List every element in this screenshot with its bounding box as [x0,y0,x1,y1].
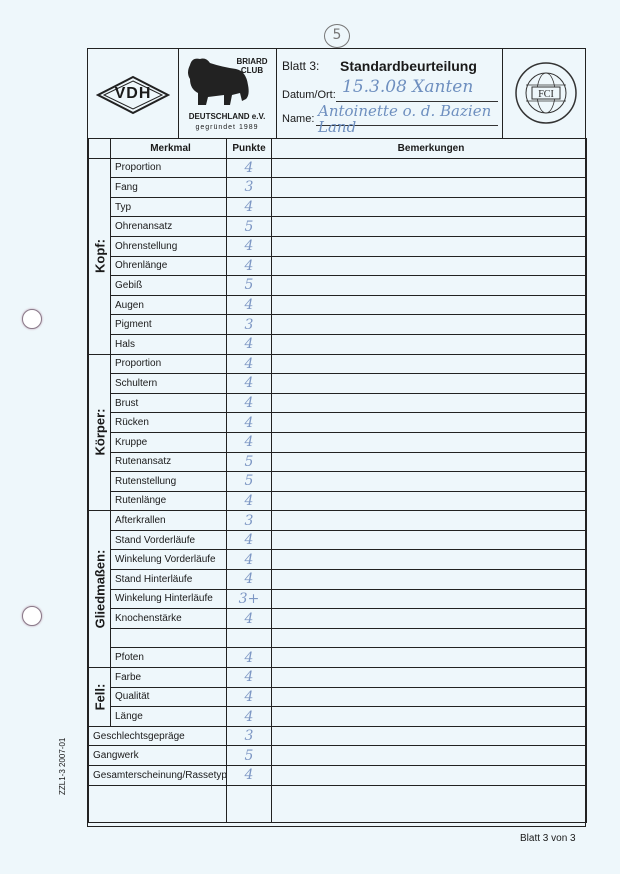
points-field[interactable]: 5 [227,217,272,237]
points-field[interactable]: 5 [227,276,272,296]
criterion-label: Proportion [111,158,227,178]
group-label: Fell: [89,668,111,727]
remarks-field[interactable] [272,609,587,629]
points-field[interactable]: 4 [227,707,272,727]
remarks-field[interactable] [272,589,587,609]
table-row: Qualität4 [89,687,587,707]
table-row: Gangwerk5 [89,746,587,766]
table-row: Brust4 [89,393,587,413]
remarks-field[interactable] [272,550,587,570]
table-row: Knochenstärke4 [89,609,587,629]
points-field[interactable]: 4 [227,648,272,668]
criterion-label: Hals [111,334,227,354]
points-field[interactable]: 4 [227,236,272,256]
table-row: Fang3 [89,178,587,198]
table-row: Augen4 [89,295,587,315]
page-footer: Blatt 3 von 3 [520,833,576,844]
name-label: Name: [282,113,314,125]
remarks-field[interactable] [272,178,587,198]
table-row: Gebiß5 [89,276,587,296]
points-field[interactable]: 4 [227,393,272,413]
table-row: Stand Hinterläufe4 [89,570,587,590]
criterion-label: Brust [111,393,227,413]
remarks-field[interactable] [272,648,587,668]
criterion-label: Fang [111,178,227,198]
points-field[interactable]: 3 [227,178,272,198]
criterion-label: Winkelung Vorderläufe [111,550,227,570]
blank-row [89,785,587,822]
criterion-label: Geschlechtsgepräge [89,726,227,746]
remarks-field[interactable] [272,334,587,354]
group-label: Kopf: [89,158,111,354]
table-row: Körper:Proportion4 [89,354,587,374]
date-field[interactable]: 15.3.08 Xanten [342,77,473,97]
table-row: Rutenansatz5 [89,452,587,472]
points-field[interactable] [227,628,272,648]
criterion-label: Ohrenlänge [111,256,227,276]
table-row: Schultern4 [89,374,587,394]
criterion-label: Ohrenstellung [111,236,227,256]
points-field[interactable]: 4 [227,530,272,550]
criterion-label: Qualität [111,687,227,707]
sheet-info: Blatt 3: Standardbeurteilung Datum/Ort: … [276,49,502,138]
table-row: Gesamterscheinung/Rassetyp4 [89,766,587,786]
points-field[interactable]: 4 [227,491,272,511]
criterion-label: Gesamterscheinung/Rassetyp [89,766,227,786]
criterion-label: Stand Hinterläufe [111,570,227,590]
criterion-label: Proportion [111,354,227,374]
column-header-merkmal: Merkmal [111,139,227,159]
date-label: Datum/Ort: [282,89,336,101]
remarks-field[interactable] [272,687,587,707]
remarks-field[interactable] [272,432,587,452]
points-field[interactable]: 4 [227,334,272,354]
table-row: Rücken4 [89,413,587,433]
points-field[interactable]: 4 [227,550,272,570]
criterion-label: Pigment [111,315,227,335]
points-field[interactable]: 4 [227,413,272,433]
points-field[interactable]: 5 [227,746,272,766]
points-field[interactable]: 4 [227,158,272,178]
points-field[interactable]: 4 [227,374,272,394]
remarks-field[interactable] [272,628,587,648]
criterion-label: Kruppe [111,432,227,452]
column-header-bemerkungen: Bemerkungen [272,139,587,159]
remarks-field[interactable] [272,276,587,296]
table-row: Winkelung Hinterläufe3+ [89,589,587,609]
remarks-field[interactable] [272,707,587,727]
table-row: Ohrenansatz5 [89,217,587,237]
table-row: Rutenstellung5 [89,472,587,492]
table-row: Ohrenstellung4 [89,236,587,256]
table-row: Gliedmaßen:Afterkrallen3 [89,511,587,531]
criterion-label: Farbe [111,668,227,688]
remarks-field[interactable] [272,354,587,374]
criterion-label: Rutenstellung [111,472,227,492]
table-row: Ohrenlänge4 [89,256,587,276]
table-row: Hals4 [89,334,587,354]
points-field[interactable]: 4 [227,295,272,315]
points-field[interactable]: 4 [227,432,272,452]
points-field[interactable]: 4 [227,570,272,590]
page-mark: 5 [324,24,350,48]
criterion-label: Länge [111,707,227,727]
name-field[interactable]: Antoinette o. d. Bazien Land [318,103,528,135]
remarks-field[interactable] [272,472,587,492]
club-logo: BRIARDCLUB DEUTSCHLAND e.V. gegründet 19… [178,49,277,138]
table-row [89,628,587,648]
points-field[interactable]: 3 [227,315,272,335]
table-row: Stand Vorderläufe4 [89,530,587,550]
criterion-label: Gangwerk [89,746,227,766]
remarks-field[interactable] [272,530,587,550]
vdh-logo: VDH [88,49,179,138]
remarks-field[interactable] [272,393,587,413]
points-field[interactable]: 4 [227,687,272,707]
group-label: Gliedmaßen: [89,511,111,668]
table-row: Fell:Farbe4 [89,668,587,688]
fci-logo: FCI [502,49,588,138]
remarks-field[interactable] [272,158,587,178]
criterion-label: Stand Vorderläufe [111,530,227,550]
remarks-field[interactable] [272,295,587,315]
points-field[interactable]: 3 [227,511,272,531]
evaluation-sheet: VDH BRIARDCLUB DEUTSCHLAND e.V. gegründe… [87,48,586,827]
table-row: Rutenlänge4 [89,491,587,511]
punch-hole-bottom [22,606,42,626]
remarks-field[interactable] [272,256,587,276]
evaluation-table: Merkmal Punkte Bemerkungen Kopf:Proporti… [88,138,587,823]
criterion-label: Gebiß [111,276,227,296]
criterion-label: Rutenlänge [111,491,227,511]
table-row: Kopf:Proportion4 [89,158,587,178]
fci-globe-icon: FCI [503,49,588,138]
table-row: Pfoten4 [89,648,587,668]
evaluation-table-container: Merkmal Punkte Bemerkungen Kopf:Proporti… [88,138,585,823]
criterion-label: Schultern [111,374,227,394]
table-row: Länge4 [89,707,587,727]
remarks-field[interactable] [272,570,587,590]
remarks-field[interactable] [272,511,587,531]
remarks-field[interactable] [272,236,587,256]
remarks-field[interactable] [272,413,587,433]
criterion-label: Knochenstärke [111,609,227,629]
points-field[interactable]: 4 [227,197,272,217]
table-row: Geschlechtsgepräge3 [89,726,587,746]
criterion-label: Pfoten [111,648,227,668]
criterion-label: Augen [111,295,227,315]
points-field[interactable]: 3 [227,726,272,746]
criterion-label: Ohrenansatz [111,217,227,237]
points-field[interactable]: 4 [227,766,272,786]
remarks-field[interactable] [272,726,587,746]
criterion-label: Rutenansatz [111,452,227,472]
punch-hole-top [22,309,42,329]
remarks-field[interactable] [272,217,587,237]
remarks-field[interactable] [272,315,587,335]
table-row: Pigment3 [89,315,587,335]
table-row: Kruppe4 [89,432,587,452]
page-title: Standardbeurteilung [340,58,477,74]
remarks-field[interactable] [272,668,587,688]
column-header-punkte: Punkte [227,139,272,159]
table-row: Winkelung Vorderläufe4 [89,550,587,570]
remarks-field[interactable] [272,746,587,766]
remarks-field[interactable] [272,766,587,786]
form-code: ZZL1-3 2007-01 [58,705,67,795]
criterion-label [111,628,227,648]
points-field[interactable]: 4 [227,256,272,276]
points-field[interactable]: 4 [227,354,272,374]
remarks-field[interactable] [272,197,587,217]
group-label: Körper: [89,354,111,511]
criterion-label: Winkelung Hinterläufe [111,589,227,609]
sheet-number: Blatt 3: [282,59,319,73]
criterion-label: Typ [111,197,227,217]
remarks-field[interactable] [272,374,587,394]
points-field[interactable]: 5 [227,472,272,492]
points-field[interactable]: 4 [227,668,272,688]
table-row: Typ4 [89,197,587,217]
points-field[interactable]: 5 [227,452,272,472]
criterion-label: Afterkrallen [111,511,227,531]
remarks-field[interactable] [272,452,587,472]
points-field[interactable]: 3+ [227,589,272,609]
points-field[interactable]: 4 [227,609,272,629]
sheet-header: VDH BRIARDCLUB DEUTSCHLAND e.V. gegründe… [88,49,585,139]
criterion-label: Rücken [111,413,227,433]
svg-text:FCI: FCI [538,89,554,100]
remarks-field[interactable] [272,491,587,511]
